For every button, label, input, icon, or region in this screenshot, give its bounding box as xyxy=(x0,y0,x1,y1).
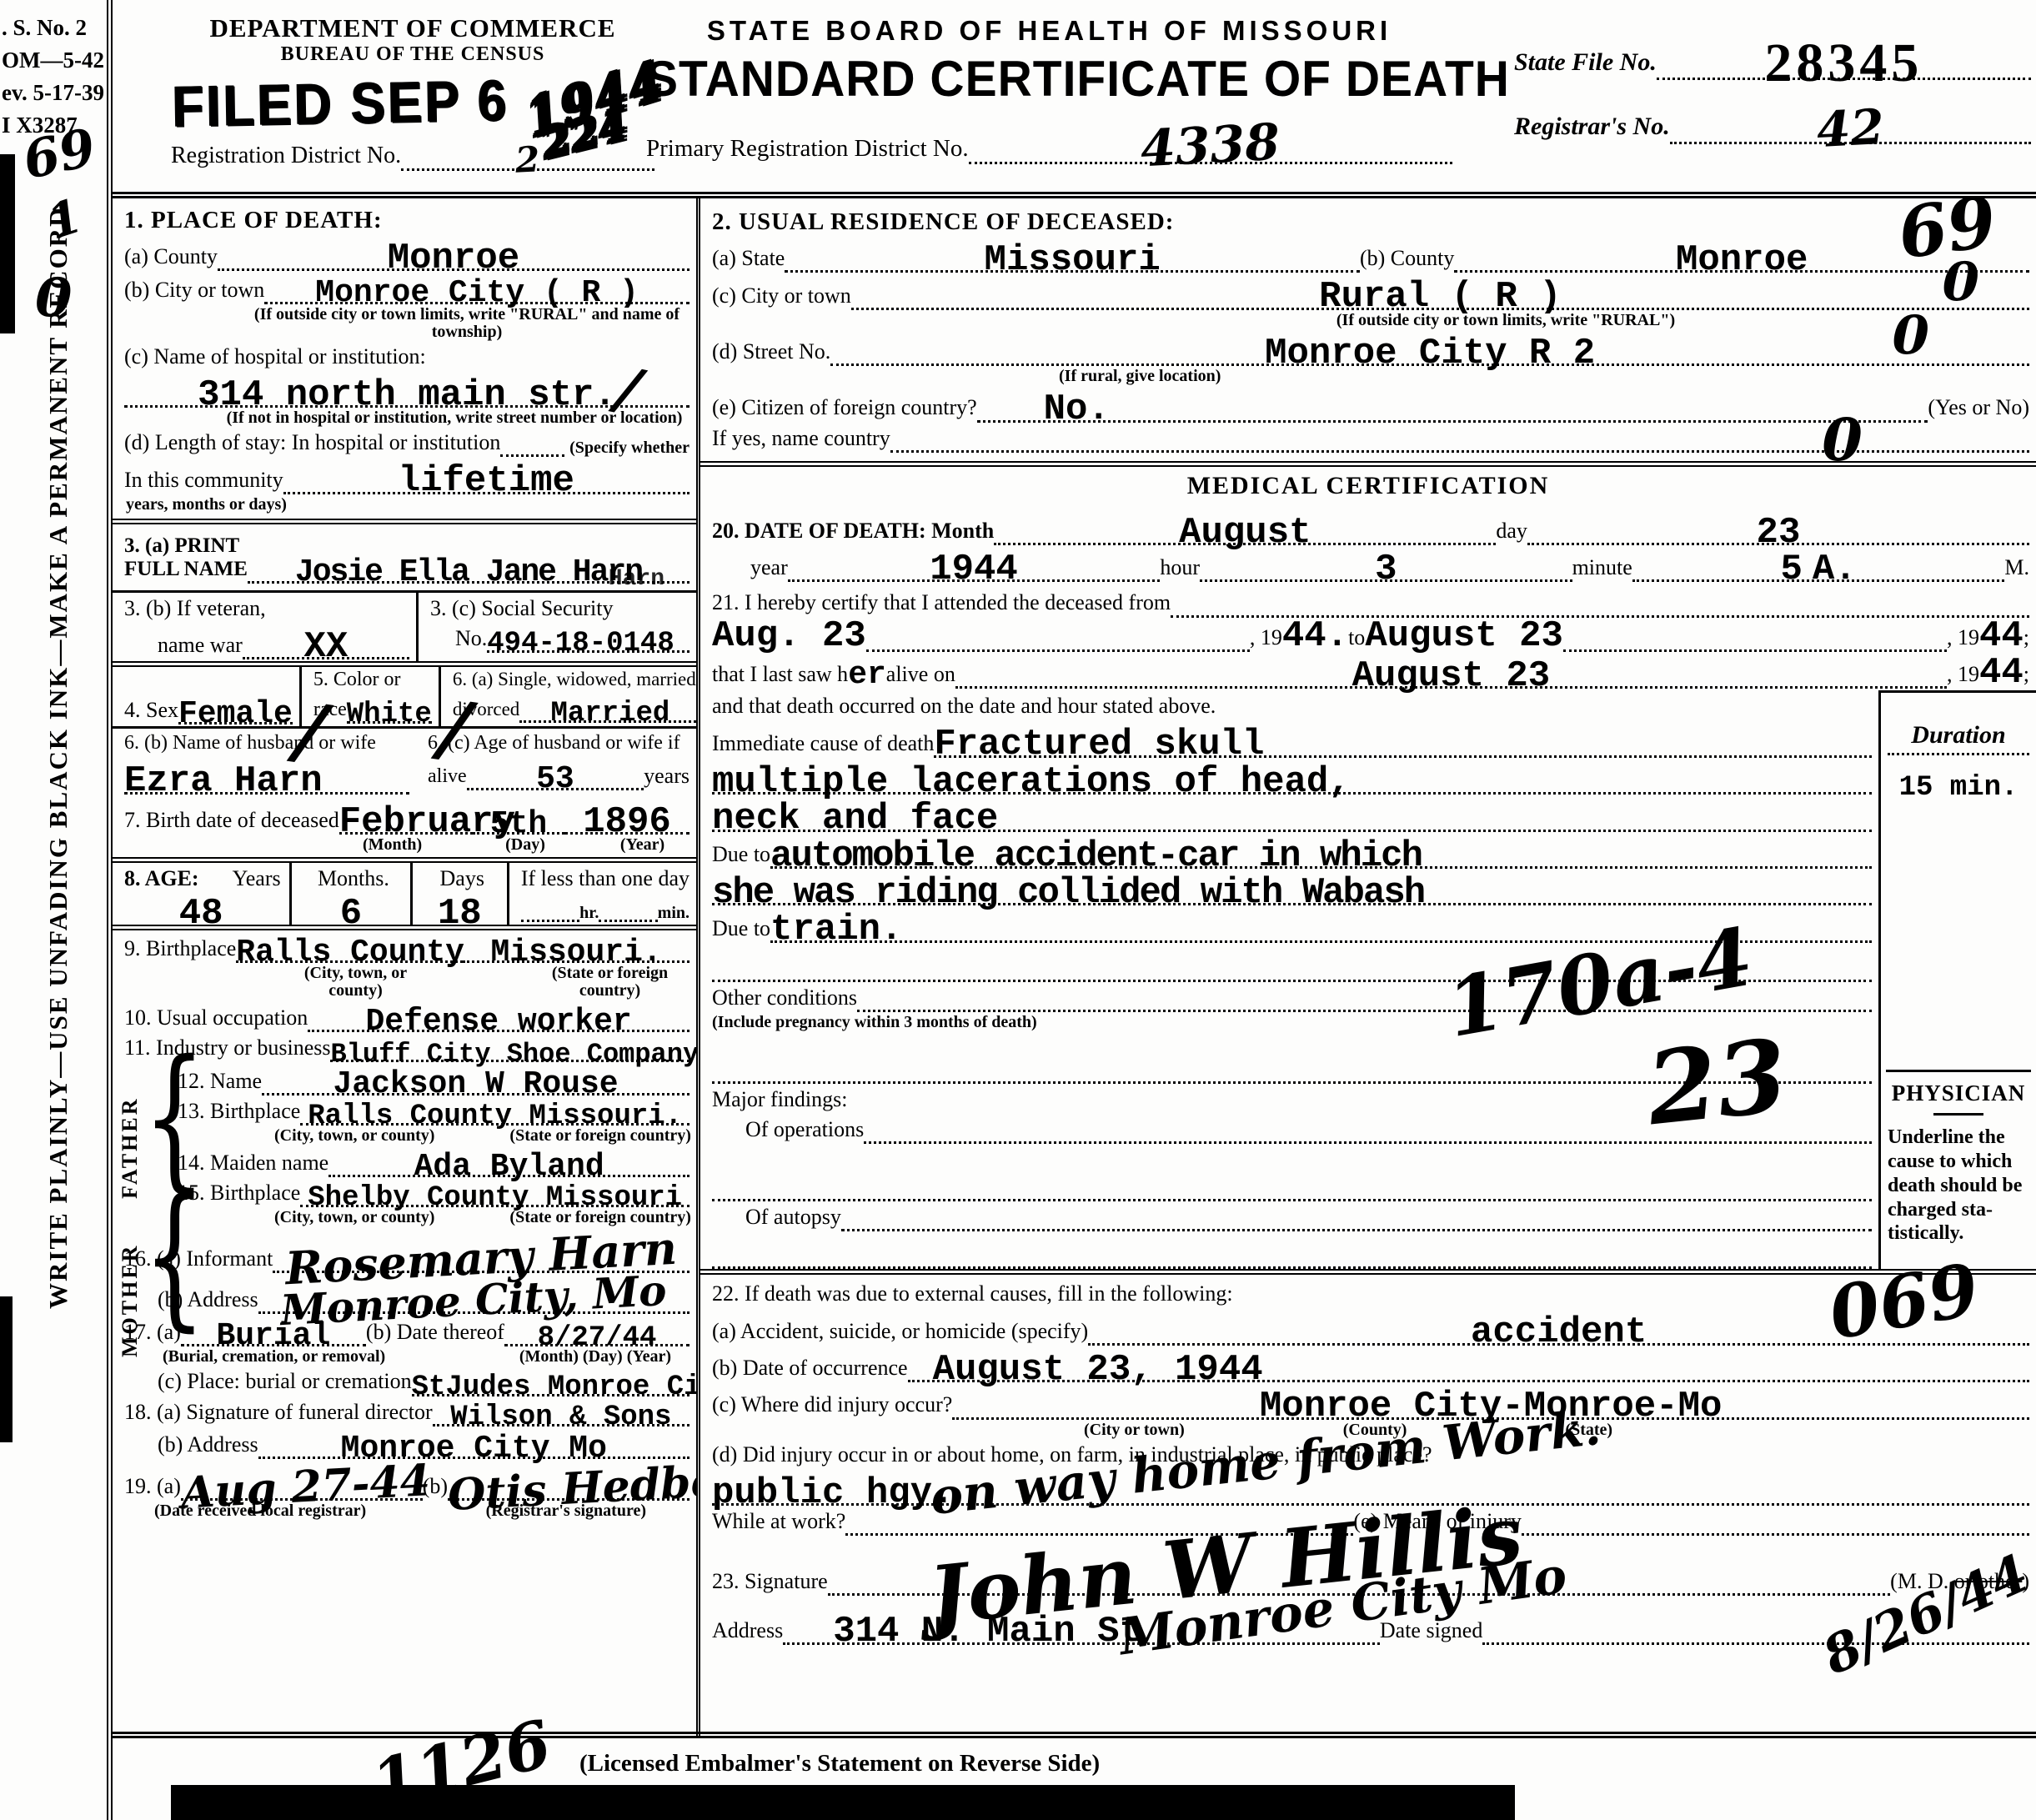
saw-punct: ; xyxy=(2023,662,2029,689)
residence-state-line: Missouri xyxy=(785,239,1360,273)
father-birthplace: Ralls County Missouri. xyxy=(308,1105,682,1129)
dod-minute-line: 5 A. xyxy=(1632,549,2005,582)
burial-row: 17. (a) Burial (b) Date thereof 8/27/44 xyxy=(124,1317,690,1346)
citizen-line: No. xyxy=(977,389,1928,422)
name-country-row: If yes, name country 0 xyxy=(712,426,2029,453)
due-to-2: train. xyxy=(770,915,902,945)
informant-address-label: (b) Address xyxy=(124,1287,258,1314)
age-years-value: 48 xyxy=(179,899,223,930)
father-name-row: 12. Name Jackson W Rouse xyxy=(178,1065,690,1095)
where-sub-city: (City or town) xyxy=(1084,1421,1185,1439)
autopsy-row: Of autopsy xyxy=(712,1205,1872,1231)
veteran-label2: name war xyxy=(124,633,243,659)
registrar-no-row: Registrar's No. 42 xyxy=(1514,102,2031,144)
veteran-line: XX xyxy=(243,626,409,659)
parents-section: FATHER { MOTHER { 12. Name Jackson W Rou… xyxy=(113,1065,696,1226)
age-section: 8. AGE: Years 48 Months. 6 Days 18 xyxy=(113,863,696,925)
due-to-row2: she was riding collided with Wabash xyxy=(712,872,1872,905)
due-to-line1: automobile accident-car in which xyxy=(770,835,1872,869)
birthplace-row: 9. Birthplace Ralls County Missouri. xyxy=(124,934,690,963)
registration-district-row: Registration District No. 2 224 xyxy=(171,138,654,171)
due-to-1a: automobile accident-car in which xyxy=(770,841,1422,872)
handwritten-0: 0 xyxy=(1892,304,1929,367)
physician-note: Underline the cause to which death shoul… xyxy=(1881,1122,2036,1249)
color-cell: 5. Color or race White / xyxy=(299,667,439,726)
saw-date: August 23 xyxy=(1352,661,1551,692)
veteran-cell: 3. (b) If veteran, name war XX xyxy=(113,593,416,662)
sex-value: Female xyxy=(178,701,293,728)
birth-year-line: 1896 xyxy=(564,801,690,835)
dod-month-line: August xyxy=(994,512,1496,545)
color-value: White xyxy=(347,703,432,727)
stub-line: OM—5-42 xyxy=(2,44,104,77)
spouse-value: Ezra Harn xyxy=(124,766,323,797)
autopsy-label: Of autopsy xyxy=(712,1205,841,1231)
birthplace-state-line: Missouri. xyxy=(463,934,690,963)
age-hr-line xyxy=(521,920,579,922)
burial-place-line: StJudes Monroe City xyxy=(412,1370,690,1396)
sex-label: 4. Sex xyxy=(124,698,178,724)
mother-name-line: Ada Byland xyxy=(328,1148,690,1177)
age-less-cell: If less than one day hr. min. xyxy=(507,863,696,925)
birthplace-label: 9. Birthplace xyxy=(124,936,236,963)
burial-date: 8/27/44 xyxy=(538,1326,657,1351)
hospital-line: 314 north main str. / xyxy=(124,374,690,408)
occupation-line: Defense worker xyxy=(308,1003,690,1032)
certificate-document: DEPARTMENT OF COMMERCE BUREAU OF THE CEN… xyxy=(113,0,2036,1820)
due-to-1b: she was riding collided with Wabash xyxy=(712,878,1424,909)
sidebar-spacer xyxy=(1881,795,2036,1070)
received-label: 19. (a) xyxy=(124,1474,181,1501)
to-label: to xyxy=(1348,625,1365,652)
spouse-age-cell: 6. (c) Age of husband or wife if alive 5… xyxy=(416,729,696,795)
age-years-label: Years xyxy=(233,866,281,893)
to-line xyxy=(1563,649,1947,652)
header-center-block: STATE BOARD OF HEALTH OF MISSOURI STANDA… xyxy=(646,15,1452,164)
duration-value-wrap: 15 min. xyxy=(1881,770,2036,795)
birthplace-state: Missouri. xyxy=(490,940,661,966)
hospital-value: 314 north main str. xyxy=(198,380,616,411)
dod-day: 23 xyxy=(1757,518,1801,549)
dod-hour-label: hour xyxy=(1160,555,1200,582)
physician-address-label: Address xyxy=(712,1618,783,1645)
received-date: Aug 27-44 xyxy=(180,1463,431,1511)
county-label: (a) County xyxy=(124,244,218,271)
other-conditions-block: Other conditions (Include pregnancy with… xyxy=(712,985,1878,1031)
director-address-label: (b) Address xyxy=(124,1432,258,1459)
funeral-director-line: Wilson & Sons xyxy=(433,1400,690,1426)
age-months-label: Months. xyxy=(318,866,389,893)
dod-year-label: year xyxy=(750,555,788,582)
dod-minute-label: minute xyxy=(1572,555,1632,582)
county-value: Monroe xyxy=(388,243,519,274)
ssn-no-label: No. xyxy=(430,626,487,653)
saw-er: er xyxy=(848,662,886,689)
spouse-name-cell: 6. (b) Name of husband or wife Ezra Harn xyxy=(113,729,416,795)
accident-row: (a) Accident, suicide, or homicide (spec… xyxy=(712,1311,2029,1345)
residence-county: Monroe xyxy=(1676,245,1808,276)
citizen-note: (Yes or No) xyxy=(1928,395,2029,422)
registration-district-line: 2 224 xyxy=(401,138,654,171)
embalmer-note: (Licensed Embalmer's Statement on Revers… xyxy=(579,1750,1100,1777)
occurrence-row: (b) Date of occurrence August 23, 1944 xyxy=(712,1349,2029,1382)
while-label: While at work? xyxy=(712,1509,845,1536)
burial-place-label: (c) Place: burial or cremation xyxy=(124,1369,412,1396)
occurrence-label: (b) Date of occurrence xyxy=(712,1356,908,1382)
accident-value: accident xyxy=(1471,1317,1647,1348)
other-conditions-line xyxy=(857,1010,1872,1012)
state-file-row: State File No. 28345 xyxy=(1514,33,2031,80)
birthplace-city-line: Ralls County xyxy=(236,934,463,963)
autopsy-line xyxy=(841,1229,1872,1231)
certificate-body: 1. PLACE OF DEATH: (a) County Monroe (b)… xyxy=(113,198,2036,1738)
registrar-receipt-row: 19. (a) Aug 27-44 (b) Otis Hedberg xyxy=(124,1462,690,1501)
saw-year: 44 xyxy=(1979,658,2023,689)
where-row: (c) Where did injury occur? Monroe City-… xyxy=(712,1386,2029,1419)
primary-district-value: 4338 xyxy=(1140,123,1281,170)
occurrence-line: August 23, 1944 xyxy=(908,1349,2029,1382)
residence-state-label: (a) State xyxy=(712,246,785,273)
stay-note: (Specify whether xyxy=(564,439,690,457)
stub-line: ev. 5-17-39 xyxy=(2,77,104,109)
physician-address-line: 314 N. Main St Monroe City Mo xyxy=(783,1611,1380,1644)
cause-row3: neck and face xyxy=(712,798,1872,831)
left-column: 1. PLACE OF DEATH: (a) County Monroe (b)… xyxy=(113,198,700,1738)
residence-street-row: (d) Street No. Monroe City R 2 0 xyxy=(712,333,2029,366)
department-line: DEPARTMENT OF COMMERCE xyxy=(171,13,654,43)
ssn-line: 494-18-0148 xyxy=(487,626,690,653)
scan-artifact-bottom-bar xyxy=(171,1785,1515,1820)
residence-street-line: Monroe City R 2 0 xyxy=(830,333,2029,366)
physician-address-row: Address 314 N. Main St Monroe City Mo Da… xyxy=(712,1611,2029,1644)
registrar-no-value: 42 xyxy=(1816,108,1885,150)
city-line: Monroe City ( R ) xyxy=(264,274,690,303)
full-name-line: Josie Ella Jane Harn Harn xyxy=(248,554,690,583)
occupation-value: Defense worker xyxy=(365,1009,631,1035)
cause-line1: Fractured skull xyxy=(934,730,1264,760)
community-row: In this community lifetime xyxy=(124,460,690,494)
scan-artifact-bar xyxy=(0,154,15,333)
spouse-name-row: Ezra Harn xyxy=(124,760,409,794)
major-findings-label: Major findings: xyxy=(712,1087,848,1114)
industry-value: Bluff City Shoe Company xyxy=(330,1043,699,1065)
director-address-row: (b) Address Monroe City Mo xyxy=(124,1430,690,1459)
date-of-death-row1: 20. DATE OF DEATH: Month August day 23 xyxy=(712,512,2029,545)
birth-month-line: February xyxy=(339,801,473,835)
operations-row: Of operations xyxy=(712,1117,1872,1144)
registration-district-label: Registration District No. xyxy=(171,143,401,171)
length-of-stay-row: (d) Length of stay: In hospital or insti… xyxy=(124,430,690,457)
date-of-death-row2: year 1944 hour 3 minute 5 A. M. xyxy=(750,549,2029,582)
due-to-row1: Due to automobile accident-car in which xyxy=(712,835,1872,869)
burial-place-row: (c) Place: burial or cremation StJudes M… xyxy=(124,1369,690,1396)
birth-day: 5th xyxy=(490,811,547,838)
spouse-age-value: 53 xyxy=(536,766,574,793)
right-column: 2. USUAL RESIDENCE OF DECEASED: (a) Stat… xyxy=(700,198,2036,1738)
age-min-line xyxy=(599,920,657,922)
birth-day-line: 5th xyxy=(473,805,564,835)
veteran-row: name war XX xyxy=(124,626,409,659)
sex-line: Female xyxy=(178,695,293,724)
scan-left-margin: . S. No. 2 OM—5-42 ev. 5-17-39 I X3287 6… xyxy=(0,0,113,1820)
father-birthplace-label: 13. Birthplace xyxy=(178,1099,300,1126)
marital-label1: 6. (a) Single, widowed, married, xyxy=(453,669,700,693)
age-years-cell: 8. AGE: Years 48 xyxy=(113,863,289,925)
informant-row: 16. (a) Informant Rosemary Harn xyxy=(124,1233,690,1273)
from-year: 44. xyxy=(1282,621,1348,652)
primary-district-line: 4338 xyxy=(969,118,1452,164)
other-conditions-label: Other conditions xyxy=(712,985,857,1012)
spouse-age-suffix: years xyxy=(644,764,690,790)
primary-district-label: Primary Registration District No. xyxy=(646,135,969,164)
stub-line: . S. No. 2 xyxy=(2,12,104,44)
county-line: Monroe xyxy=(218,238,690,271)
veteran-label: 3. (b) If veteran, xyxy=(124,596,266,623)
duration-label: Duration xyxy=(1881,721,2036,750)
birthplace-city: Ralls County xyxy=(236,940,464,966)
date-signed-line: 8/26/44 xyxy=(1482,1642,2029,1645)
registrar-signature: Otis Hedberg xyxy=(447,1462,700,1513)
bureau-line: BUREAU OF THE CENSUS xyxy=(171,43,654,66)
immediate-cause-row: Immediate cause of death Fractured skull xyxy=(712,724,1872,757)
spouse-age-row: alive 53 years xyxy=(428,760,690,790)
registration-district-value: 2 xyxy=(515,145,541,174)
occurred-statement: and that death occurred on the date and … xyxy=(712,694,1216,720)
industry-row: 11. Industry or business Bluff City Shoe… xyxy=(124,1035,690,1062)
to-year-printed: , 19 xyxy=(1947,625,1979,652)
blank-dotted-line xyxy=(712,1233,1872,1269)
physician-sidebar: Duration 15 min. PHYSICIAN Underline the… xyxy=(1878,690,2036,1269)
funeral-director-label: 18. (a) Signature of funeral director xyxy=(124,1400,433,1426)
residence-city-label: (c) City or town xyxy=(712,283,851,310)
length-of-stay-label: (d) Length of stay: In hospital or insti… xyxy=(124,430,500,457)
age-days-cell: Days 18 xyxy=(410,863,507,925)
spouse-row: 6. (b) Name of husband or wife Ezra Harn… xyxy=(113,729,696,795)
sidebar-rule xyxy=(1886,1070,2031,1072)
length-of-stay-line xyxy=(500,454,564,457)
saw-line: August 23 xyxy=(955,655,1947,689)
print-label-line2: FULL NAME xyxy=(124,558,248,580)
hospital-row: 314 north main str. / xyxy=(124,374,690,408)
informant-label: 16. (a) Informant xyxy=(124,1246,273,1273)
residence-city: Rural ( R ) xyxy=(1319,282,1561,313)
certificate-title: STANDARD CERTIFICATE OF DEATH xyxy=(646,50,1452,108)
color-line: White xyxy=(347,697,432,724)
sex-cell: 4. Sex Female xyxy=(113,667,299,726)
date-signed-handwritten: 8/26/44 xyxy=(1813,1542,2036,1687)
handwritten-0: 0 xyxy=(1822,405,1863,474)
cause-line3-fill: neck and face xyxy=(712,798,1872,831)
death-certificate-scan: . S. No. 2 OM—5-42 ev. 5-17-39 I X3287 6… xyxy=(0,0,2036,1820)
residence-street-label: (d) Street No. xyxy=(712,339,830,366)
residence-state-county-row: (a) State Missouri (b) County Monroe 69 xyxy=(712,239,2029,273)
community-line: lifetime xyxy=(283,460,690,494)
mother-birthplace-row: 15. Birthplace Shelby County Missouri xyxy=(178,1181,690,1207)
header-left-block: DEPARTMENT OF COMMERCE BUREAU OF THE CEN… xyxy=(171,13,654,171)
saw-year-printed: , 19 xyxy=(1947,662,1979,689)
registrar-no-line: 42 xyxy=(1670,102,2031,144)
blank-dotted-line xyxy=(712,1146,1872,1201)
full-name-value: Josie Ella Jane Harn xyxy=(295,559,642,586)
dod-year: 1944 xyxy=(930,554,1018,585)
signature-label: 23. Signature xyxy=(712,1569,828,1596)
ssn-row: No. 494-18-0148 xyxy=(430,626,690,653)
physician-label: PHYSICIAN xyxy=(1881,1080,2036,1106)
age-hr-label: hr. xyxy=(579,905,599,922)
dod-minute: 5 xyxy=(1780,554,1802,585)
residence-heading: 2. USUAL RESIDENCE OF DECEASED: xyxy=(712,208,1174,236)
burial-line: Burial xyxy=(181,1317,366,1346)
marital-value: Married xyxy=(550,702,669,726)
marital-line: Married xyxy=(519,696,700,723)
due-to-label2: Due to xyxy=(712,916,770,943)
burial-date-line: 8/27/44 xyxy=(504,1321,690,1347)
ssn-value: 494-18-0148 xyxy=(487,632,674,656)
burial-value: Burial xyxy=(216,1323,330,1350)
veteran-ssn-row: 3. (b) If veteran, name war XX 3. (c) So… xyxy=(113,593,696,662)
father-birthplace-line: Ralls County Missouri. xyxy=(300,1099,690,1126)
age-months-cell: Months. 6 xyxy=(289,863,409,925)
informant-address-row: (b) Address Monroe City, Mo xyxy=(124,1276,690,1314)
operations-label: Of operations xyxy=(712,1117,864,1144)
spouse-age-label1: 6. (c) Age of husband or wife if xyxy=(428,732,680,757)
registrar-sig-line: Otis Hedberg xyxy=(448,1462,690,1501)
ssn-label: 3. (c) Social Security xyxy=(430,596,614,623)
cause-line2-fill: multiple lacerations of head, xyxy=(712,761,1872,795)
from-line xyxy=(866,649,1250,652)
father-name-line: Jackson W Rouse xyxy=(262,1065,690,1095)
section-divider xyxy=(113,661,696,667)
industry-line: Bluff City Shoe Company xyxy=(330,1037,690,1062)
city-label: (b) City or town xyxy=(124,278,264,304)
primary-district-row: Primary Registration District No. 4338 xyxy=(646,118,1452,164)
dod-day-label: day xyxy=(1496,519,1527,545)
mother-birthplace: Shelby County Missouri xyxy=(308,1186,682,1211)
section-divider xyxy=(113,519,696,524)
header-right-block: State File No. 28345 Registrar's No. 42 xyxy=(1514,33,2031,144)
from-date: Aug. 23 xyxy=(712,621,866,652)
birth-year: 1896 xyxy=(583,807,671,838)
burial-place: StJudes Monroe City xyxy=(412,1376,700,1400)
occupation-row: 10. Usual occupation Defense worker xyxy=(124,1003,690,1032)
means-line xyxy=(1522,1533,2029,1536)
residence-city-row: (c) City or town Rural ( R ) 0 xyxy=(712,276,2029,309)
burial-label: 17. (a) xyxy=(124,1320,181,1346)
filed-stamp-text: FILED SEP 6 xyxy=(171,68,509,139)
city-value: Monroe City ( R ) xyxy=(315,280,639,307)
dod-month: August xyxy=(1179,518,1311,549)
accident-label: (a) Accident, suicide, or homicide (spec… xyxy=(712,1319,1088,1346)
duration-line xyxy=(1888,753,2029,755)
age-hr-min-row: hr. min. xyxy=(521,905,690,922)
age-days-label: Days xyxy=(440,866,484,893)
from-year-printed: , 19 xyxy=(1250,625,1282,652)
attended-from-row: Aug. 23 , 19 44. to August 23 , 19 44 ; xyxy=(712,621,2029,652)
cause-of-death-area: and that death occurred on the date and … xyxy=(712,690,2036,1269)
spouse-line: Ezra Harn xyxy=(124,760,409,794)
due-to-label1: Due to xyxy=(712,842,770,869)
mother-birthplace-label: 15. Birthplace xyxy=(178,1181,300,1207)
certify-label: 21. I hereby certify that I attended the… xyxy=(712,590,1171,617)
medical-certification-heading: MEDICAL CERTIFICATION xyxy=(700,472,2036,500)
dod-year-line: 1944 xyxy=(788,549,1161,582)
sex-row: 4. Sex Female xyxy=(124,695,293,724)
funeral-director: Wilson & Sons xyxy=(450,1406,671,1430)
section-divider xyxy=(113,857,696,863)
dod-day-line: 23 xyxy=(1527,512,2029,545)
certify-row: 21. I hereby certify that I attended the… xyxy=(712,590,2029,617)
received-line: Aug 27-44 xyxy=(181,1462,423,1501)
father-name-label: 12. Name xyxy=(178,1069,262,1096)
marital-row: divorced Married / xyxy=(453,696,700,723)
citizen-value: No. xyxy=(1044,394,1110,425)
duration-value: 15 min. xyxy=(1899,776,2018,800)
mother-name-label: 14. Maiden name xyxy=(178,1151,328,1177)
cause-main-block: and that death occurred on the date and … xyxy=(712,690,1878,1269)
residence-city-line: Rural ( R ) 0 xyxy=(851,276,2029,309)
name-country-label: If yes, name country xyxy=(712,426,890,453)
immediate-cause-label: Immediate cause of death xyxy=(712,731,934,758)
dod-label: 20. DATE OF DEATH: Month xyxy=(712,519,994,545)
margin-instruction-text: WRITE PLAINLY—USE UNFADING BLACK INK—MAK… xyxy=(43,125,73,1309)
veteran-value: XX xyxy=(303,632,348,663)
ssn-cell: 3. (c) Social Security No. 494-18-0148 xyxy=(416,593,696,662)
burial-date-label: (b) Date thereof xyxy=(366,1320,504,1346)
where-label: (c) Where did injury occur? xyxy=(712,1392,952,1419)
state-board-title: STATE BOARD OF HEALTH OF MISSOURI xyxy=(646,15,1452,47)
city-row: (b) City or town Monroe City ( R ) xyxy=(124,274,690,303)
section-place-of-death: 1. PLACE OF DEATH: (a) County Monroe (b)… xyxy=(113,207,696,514)
print-label-line1: 3. (a) PRINT xyxy=(124,534,239,557)
residence-street: Monroe City R 2 xyxy=(1265,338,1595,369)
age-months-value: 6 xyxy=(340,899,362,930)
sex-color-marital-row: 4. Sex Female 5. Color or race White / xyxy=(113,667,696,726)
funeral-director-row: 18. (a) Signature of funeral director Wi… xyxy=(124,1400,690,1426)
spouse-label: 6. (b) Name of husband or wife xyxy=(124,732,376,757)
dod-m-label: M. xyxy=(2004,555,2029,582)
full-name-ghost-strike: Harn xyxy=(609,569,664,589)
residence-county-label: (b) County xyxy=(1360,246,1454,273)
print-full-name-label: 3. (a) PRINT FULL NAME xyxy=(124,534,248,584)
hospital-label: (c) Name of hospital or institution: xyxy=(124,344,426,371)
cause-line3: neck and face xyxy=(712,804,998,835)
dod-ampm: A. xyxy=(1813,554,1857,585)
full-name-row: 3. (a) PRINT FULL NAME Josie Ella Jane H… xyxy=(124,534,690,584)
mother-birthplace-line: Shelby County Missouri xyxy=(300,1181,690,1207)
certificate-header: DEPARTMENT OF COMMERCE BUREAU OF THE CEN… xyxy=(113,0,2036,198)
residence-state: Missouri xyxy=(985,245,1161,276)
to-year: 44 xyxy=(1979,621,2023,652)
to-punct: ; xyxy=(2023,625,2029,652)
birth-date-label: 7. Birth date of deceased xyxy=(124,808,339,835)
age-less-label: If less than one day xyxy=(521,866,690,893)
physician-address: 314 N. Main St xyxy=(833,1617,1141,1647)
state-file-number: 28345 xyxy=(1764,42,1923,86)
father-vertical-label: FATHER xyxy=(118,1074,143,1199)
informant-address-line: Monroe City, Mo xyxy=(258,1276,690,1314)
county-row: (a) County Monroe xyxy=(124,238,690,271)
mother-name-row: 14. Maiden name Ada Byland xyxy=(178,1148,690,1177)
color-row: race White / xyxy=(313,697,432,724)
mother-name: Ada Byland xyxy=(414,1154,604,1181)
occurrence-value: August 23, 1944 xyxy=(933,1355,1263,1386)
last-saw-row: that I last saw h er alive on August 23 … xyxy=(712,655,2029,689)
due-to-line2: she was riding collided with Wabash xyxy=(712,872,1872,905)
saw-label1: that I last saw h xyxy=(712,662,848,689)
external-heading: 22. If death was due to external causes,… xyxy=(712,1281,1233,1308)
registrar-no-label: Registrar's No. xyxy=(1514,113,1670,144)
saw-label2: alive on xyxy=(886,662,955,689)
